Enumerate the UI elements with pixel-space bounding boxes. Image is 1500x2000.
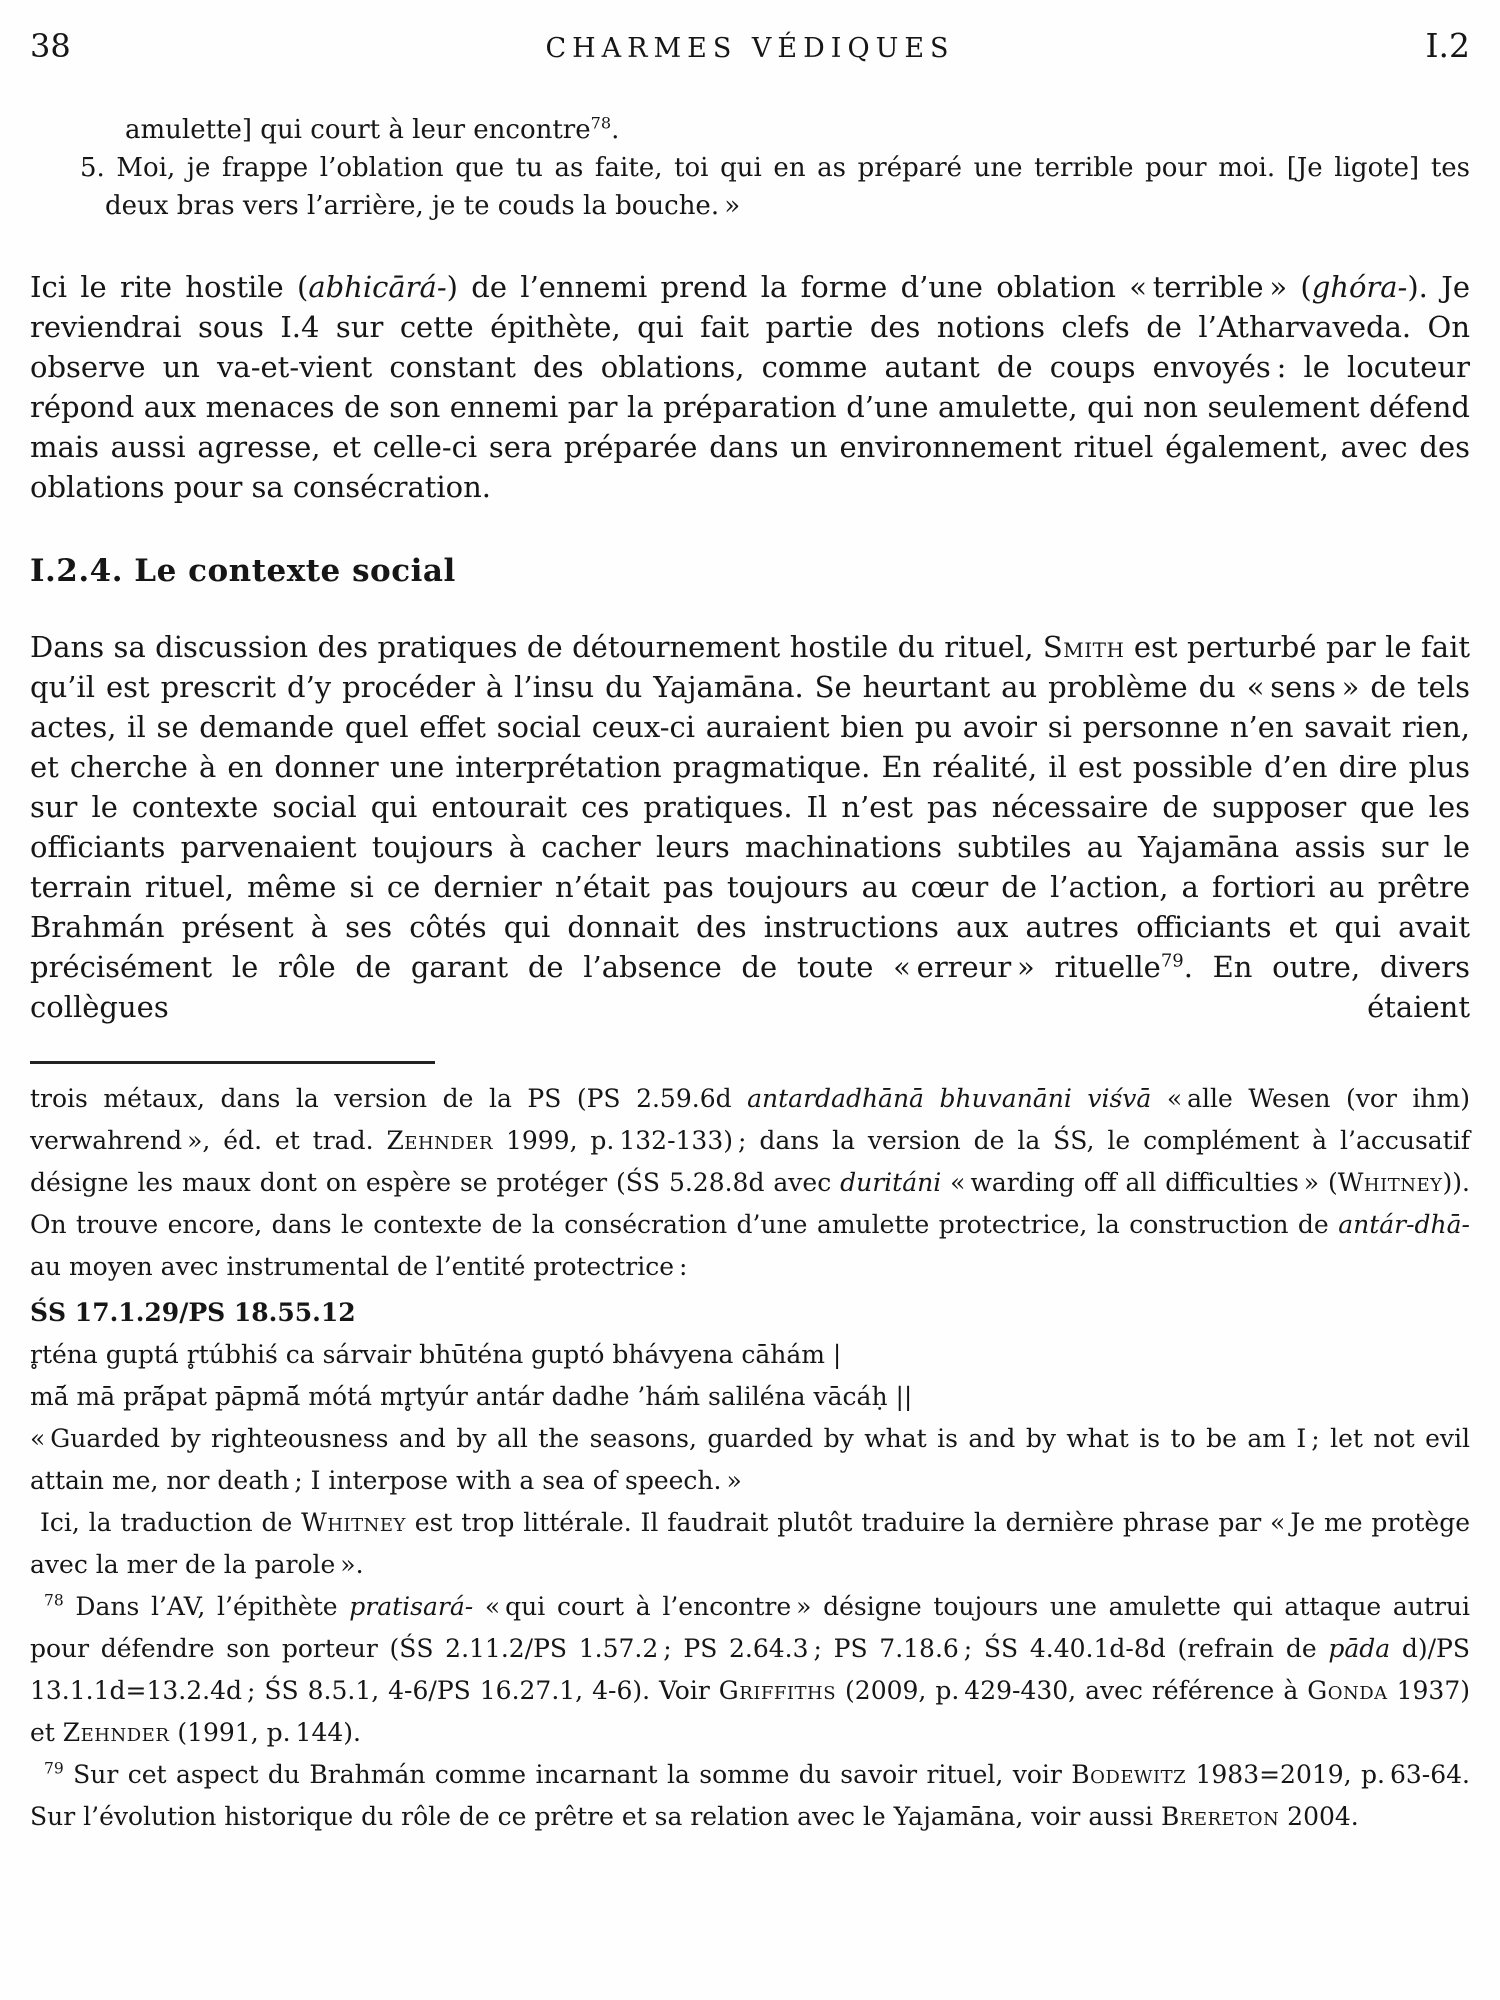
book-page: 38 CHARMES VÉDIQUES I.2 amulette] qui co… [0, 0, 1500, 2000]
text-segment: Ici le rite hostile ( [30, 270, 308, 304]
quote-continuation-line: amulette] qui court à leur encontre78. [105, 111, 1470, 149]
text-segment: trois métaux, dans la version de la PS (… [30, 1084, 747, 1113]
text-segment: amulette] qui court à leur encontre [125, 115, 591, 145]
text-segment: Gonda [1307, 1676, 1387, 1705]
text-segment: (2009, p. 429-430, avec référence à [836, 1676, 1307, 1705]
text-segment: Whitney [301, 1508, 406, 1537]
text-segment: Brereton [1161, 1802, 1279, 1831]
section-heading: I.2.4. Le contexte social [30, 553, 1470, 589]
text-segment: Smith [1043, 630, 1125, 664]
verse-citation-heading: ŚS 17.1.29/PS 18.55.12 [30, 1292, 1470, 1334]
verse-translation: « Guarded by righteousness and by all th… [30, 1418, 1470, 1502]
verse-quotation-block: amulette] qui court à leur encontre78. 5… [105, 111, 1470, 225]
text-segment: Dans sa discussion des pratiques de déto… [30, 630, 1043, 664]
text-segment: Whitney [1338, 1168, 1443, 1197]
text-segment: Bodewitz [1071, 1760, 1186, 1789]
verse-line-2: mā́ mā prā́pat pāpmā́ mótá mr̥tyúr antár… [30, 1376, 1470, 1418]
text-segment: Griffiths [719, 1676, 836, 1705]
footnote-separator-rule [30, 1061, 435, 1064]
paragraph-social-context: Dans sa discussion des pratiques de déto… [30, 627, 1470, 1027]
text-segment: Sur cet aspect du Brahmán comme incarnan… [64, 1760, 1072, 1789]
running-header: 38 CHARMES VÉDIQUES I.2 [30, 26, 1470, 65]
footnote-78: 78 Dans l’AV, l’épithète pratisará- « qu… [30, 1586, 1470, 1754]
footnotes-area: trois métaux, dans la version de la PS (… [30, 1078, 1470, 1838]
text-segment: abhicārá- [308, 270, 446, 304]
text-segment: pratisará- [349, 1592, 473, 1621]
page-number: 38 [30, 27, 545, 65]
text-segment: antardadhānā bhuvanāni viśvā [747, 1084, 1151, 1113]
text-segment: ) de l’ennemi prend la forme d’une oblat… [447, 270, 1312, 304]
text-segment: 2004. [1279, 1802, 1359, 1831]
text-segment: pāda [1328, 1634, 1390, 1663]
paragraph-hostile-rite: Ici le rite hostile (abhicārá-) de l’enn… [30, 267, 1470, 507]
footnote-reference: 78 [591, 113, 612, 132]
quote-verse-5: 5. Moi, je frappe l’oblation que tu as f… [105, 149, 1470, 225]
whitney-remark: Ici, la traduction de Whitney est trop l… [30, 1502, 1470, 1586]
text-segment: Ici, la traduction de [40, 1508, 301, 1537]
text-segment: au moyen avec instrumental de l’entité p… [30, 1252, 687, 1281]
text-segment: 5. Moi, je frappe l’oblation que tu as f… [80, 153, 1470, 221]
text-segment: Dans l’AV, l’épithète [64, 1592, 350, 1621]
text-segment: (1991, p. 144). [169, 1718, 361, 1747]
text-segment: ). Je reviendrai sous I.4 sur cette épit… [30, 270, 1470, 504]
footnote-reference: 78 [44, 1592, 64, 1610]
footnote-continuation: trois métaux, dans la version de la PS (… [30, 1078, 1470, 1288]
text-segment: est perturbé par le fait qu’il est presc… [30, 630, 1470, 984]
running-title: CHARMES VÉDIQUES [545, 33, 954, 64]
footnote-reference: 79 [1161, 950, 1184, 971]
text-segment: Zehnder [63, 1718, 170, 1747]
text-segment: duritáni [840, 1168, 941, 1197]
footnote-79: 79 Sur cet aspect du Brahmán comme incar… [30, 1754, 1470, 1838]
text-segment: . [611, 115, 619, 145]
text-segment: « warding off all difficulties » ( [941, 1168, 1338, 1197]
footnote-reference: 79 [44, 1760, 64, 1778]
verse-line-1: r̥téna guptá r̥túbhiś ca sárvair bhūténa… [30, 1334, 1470, 1376]
text-segment: ghóra- [1312, 270, 1408, 304]
text-segment: antár-dhā- [1338, 1210, 1470, 1239]
section-marker: I.2 [1425, 26, 1470, 65]
text-segment: Zehnder [386, 1126, 493, 1155]
